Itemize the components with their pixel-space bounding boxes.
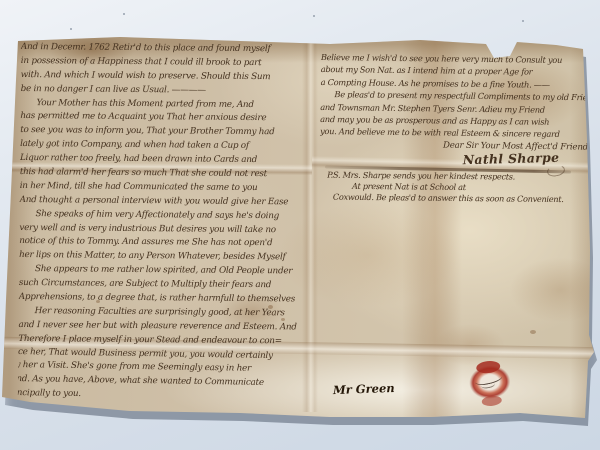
dust-speck (70, 28, 72, 30)
address-recipient: Mr Green (333, 381, 395, 397)
dust-speck (123, 13, 125, 15)
dust-speck (522, 20, 524, 22)
left-page-text: And in Decemr. 1762 Retir'd to this plac… (18, 41, 313, 416)
postscript-line: Coxwould. Be pleas'd to answer this as s… (327, 191, 595, 205)
stain-spot (530, 330, 536, 334)
dust-speck (313, 15, 315, 17)
handwritten-line: principally to you. (18, 387, 297, 405)
postscript-text: P.S. Mrs. Sharpe sends you her kindest r… (327, 170, 595, 205)
letter-photograph: And in Decemr. 1762 Retir'd to this plac… (0, 0, 600, 450)
letter-sheet: And in Decemr. 1762 Retir'd to this plac… (0, 0, 600, 450)
right-page-text: Believe me I wish'd to see you here very… (320, 51, 589, 146)
wax-seal (462, 358, 519, 409)
